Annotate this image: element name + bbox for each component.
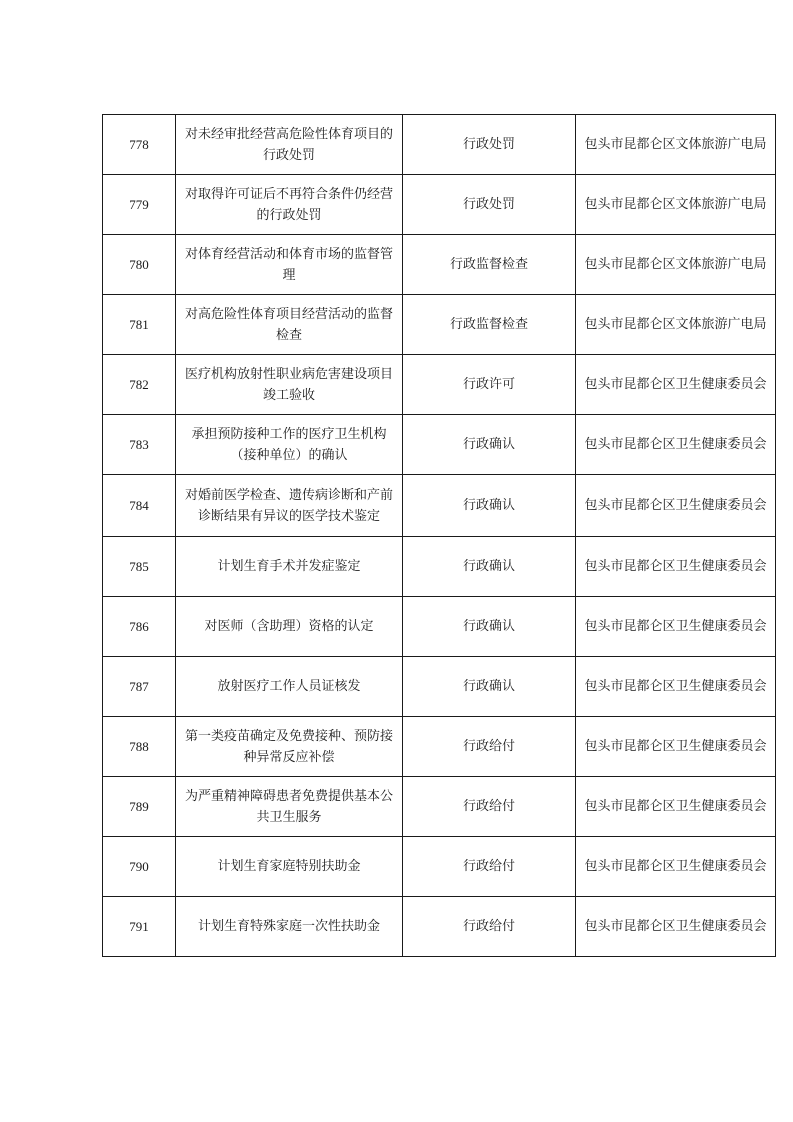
table-row: 790 计划生育家庭特别扶助金 行政给付 包头市昆都仑区卫生健康委员会: [103, 837, 776, 897]
item-name: 计划生育手术并发症鉴定: [176, 537, 403, 597]
item-department: 包头市昆都仑区卫生健康委员会: [576, 837, 776, 897]
item-number: 787: [103, 657, 176, 717]
item-department: 包头市昆都仑区文体旅游广电局: [576, 295, 776, 355]
item-type: 行政确认: [403, 657, 576, 717]
item-number: 789: [103, 777, 176, 837]
power-list-table: 778 对未经审批经营高危险性体育项目的行政处罚 行政处罚 包头市昆都仑区文体旅…: [102, 114, 776, 957]
table-row: 788 第一类疫苗确定及免费接种、预防接种异常反应补偿 行政给付 包头市昆都仑区…: [103, 717, 776, 777]
table-row: 783 承担预防接种工作的医疗卫生机构（接种单位）的确认 行政确认 包头市昆都仑…: [103, 415, 776, 475]
item-department: 包头市昆都仑区卫生健康委员会: [576, 355, 776, 415]
item-name: 对高危险性体育项目经营活动的监督检查: [176, 295, 403, 355]
table-row: 781 对高危险性体育项目经营活动的监督检查 行政监督检查 包头市昆都仑区文体旅…: [103, 295, 776, 355]
item-type: 行政确认: [403, 475, 576, 537]
item-type: 行政监督检查: [403, 295, 576, 355]
item-type: 行政给付: [403, 717, 576, 777]
item-type: 行政监督检查: [403, 235, 576, 295]
item-name: 计划生育特殊家庭一次性扶助金: [176, 897, 403, 957]
table-row: 778 对未经审批经营高危险性体育项目的行政处罚 行政处罚 包头市昆都仑区文体旅…: [103, 115, 776, 175]
item-number: 790: [103, 837, 176, 897]
item-name: 对体育经营活动和体育市场的监督管理: [176, 235, 403, 295]
item-department: 包头市昆都仑区卫生健康委员会: [576, 717, 776, 777]
item-type: 行政确认: [403, 597, 576, 657]
item-number: 778: [103, 115, 176, 175]
item-type: 行政处罚: [403, 175, 576, 235]
table-row: 782 医疗机构放射性职业病危害建设项目竣工验收 行政许可 包头市昆都仑区卫生健…: [103, 355, 776, 415]
item-type: 行政确认: [403, 537, 576, 597]
table-row: 779 对取得许可证后不再符合条件仍经营的行政处罚 行政处罚 包头市昆都仑区文体…: [103, 175, 776, 235]
item-type: 行政确认: [403, 415, 576, 475]
item-type: 行政处罚: [403, 115, 576, 175]
item-type: 行政许可: [403, 355, 576, 415]
item-department: 包头市昆都仑区卫生健康委员会: [576, 415, 776, 475]
item-name: 为严重精神障碍患者免费提供基本公共卫生服务: [176, 777, 403, 837]
table-row: 791 计划生育特殊家庭一次性扶助金 行政给付 包头市昆都仑区卫生健康委员会: [103, 897, 776, 957]
item-number: 788: [103, 717, 176, 777]
item-department: 包头市昆都仑区卫生健康委员会: [576, 537, 776, 597]
item-type: 行政给付: [403, 777, 576, 837]
item-number: 780: [103, 235, 176, 295]
table-row: 785 计划生育手术并发症鉴定 行政确认 包头市昆都仑区卫生健康委员会: [103, 537, 776, 597]
item-number: 781: [103, 295, 176, 355]
item-name: 放射医疗工作人员证核发: [176, 657, 403, 717]
item-department: 包头市昆都仑区文体旅游广电局: [576, 115, 776, 175]
item-number: 791: [103, 897, 176, 957]
item-department: 包头市昆都仑区卫生健康委员会: [576, 597, 776, 657]
item-name: 对未经审批经营高危险性体育项目的行政处罚: [176, 115, 403, 175]
item-number: 785: [103, 537, 176, 597]
item-number: 779: [103, 175, 176, 235]
item-type: 行政给付: [403, 837, 576, 897]
item-number: 783: [103, 415, 176, 475]
table-row: 789 为严重精神障碍患者免费提供基本公共卫生服务 行政给付 包头市昆都仑区卫生…: [103, 777, 776, 837]
item-department: 包头市昆都仑区文体旅游广电局: [576, 235, 776, 295]
table-row: 784 对婚前医学检查、遗传病诊断和产前诊断结果有异议的医学技术鉴定 行政确认 …: [103, 475, 776, 537]
item-number: 786: [103, 597, 176, 657]
table-row: 786 对医师（含助理）资格的认定 行政确认 包头市昆都仑区卫生健康委员会: [103, 597, 776, 657]
item-name: 对取得许可证后不再符合条件仍经营的行政处罚: [176, 175, 403, 235]
item-department: 包头市昆都仑区卫生健康委员会: [576, 475, 776, 537]
item-number: 784: [103, 475, 176, 537]
item-department: 包头市昆都仑区卫生健康委员会: [576, 657, 776, 717]
item-name: 对婚前医学检查、遗传病诊断和产前诊断结果有异议的医学技术鉴定: [176, 475, 403, 537]
item-name: 承担预防接种工作的医疗卫生机构（接种单位）的确认: [176, 415, 403, 475]
item-name: 第一类疫苗确定及免费接种、预防接种异常反应补偿: [176, 717, 403, 777]
item-name: 计划生育家庭特别扶助金: [176, 837, 403, 897]
item-department: 包头市昆都仑区卫生健康委员会: [576, 897, 776, 957]
item-name: 对医师（含助理）资格的认定: [176, 597, 403, 657]
table-row: 787 放射医疗工作人员证核发 行政确认 包头市昆都仑区卫生健康委员会: [103, 657, 776, 717]
item-department: 包头市昆都仑区卫生健康委员会: [576, 777, 776, 837]
item-number: 782: [103, 355, 176, 415]
item-department: 包头市昆都仑区文体旅游广电局: [576, 175, 776, 235]
item-name: 医疗机构放射性职业病危害建设项目竣工验收: [176, 355, 403, 415]
table-row: 780 对体育经营活动和体育市场的监督管理 行政监督检查 包头市昆都仑区文体旅游…: [103, 235, 776, 295]
item-type: 行政给付: [403, 897, 576, 957]
